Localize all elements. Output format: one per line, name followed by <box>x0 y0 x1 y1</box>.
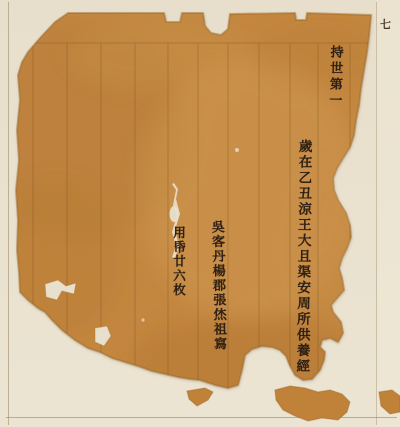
manuscript-photo: 持世第一 歲在乙丑涼王大且渠安周所供養經 吳客丹楊郡張烋祖寫 用帋廿六枚 七 <box>0 0 400 427</box>
mount-right-strip <box>376 0 400 427</box>
sutra-title-column: 持世第一 <box>327 45 342 109</box>
folio-number: 七 <box>380 16 391 32</box>
paper-count-column: 用帋廿六枚 <box>172 226 185 298</box>
detached-paper-islands <box>187 386 400 421</box>
colophon-column: 歲在乙丑涼王大且渠安周所供養經 <box>294 139 310 375</box>
scribe-signature-column: 吳客丹楊郡張烋祖寫 <box>210 220 226 352</box>
